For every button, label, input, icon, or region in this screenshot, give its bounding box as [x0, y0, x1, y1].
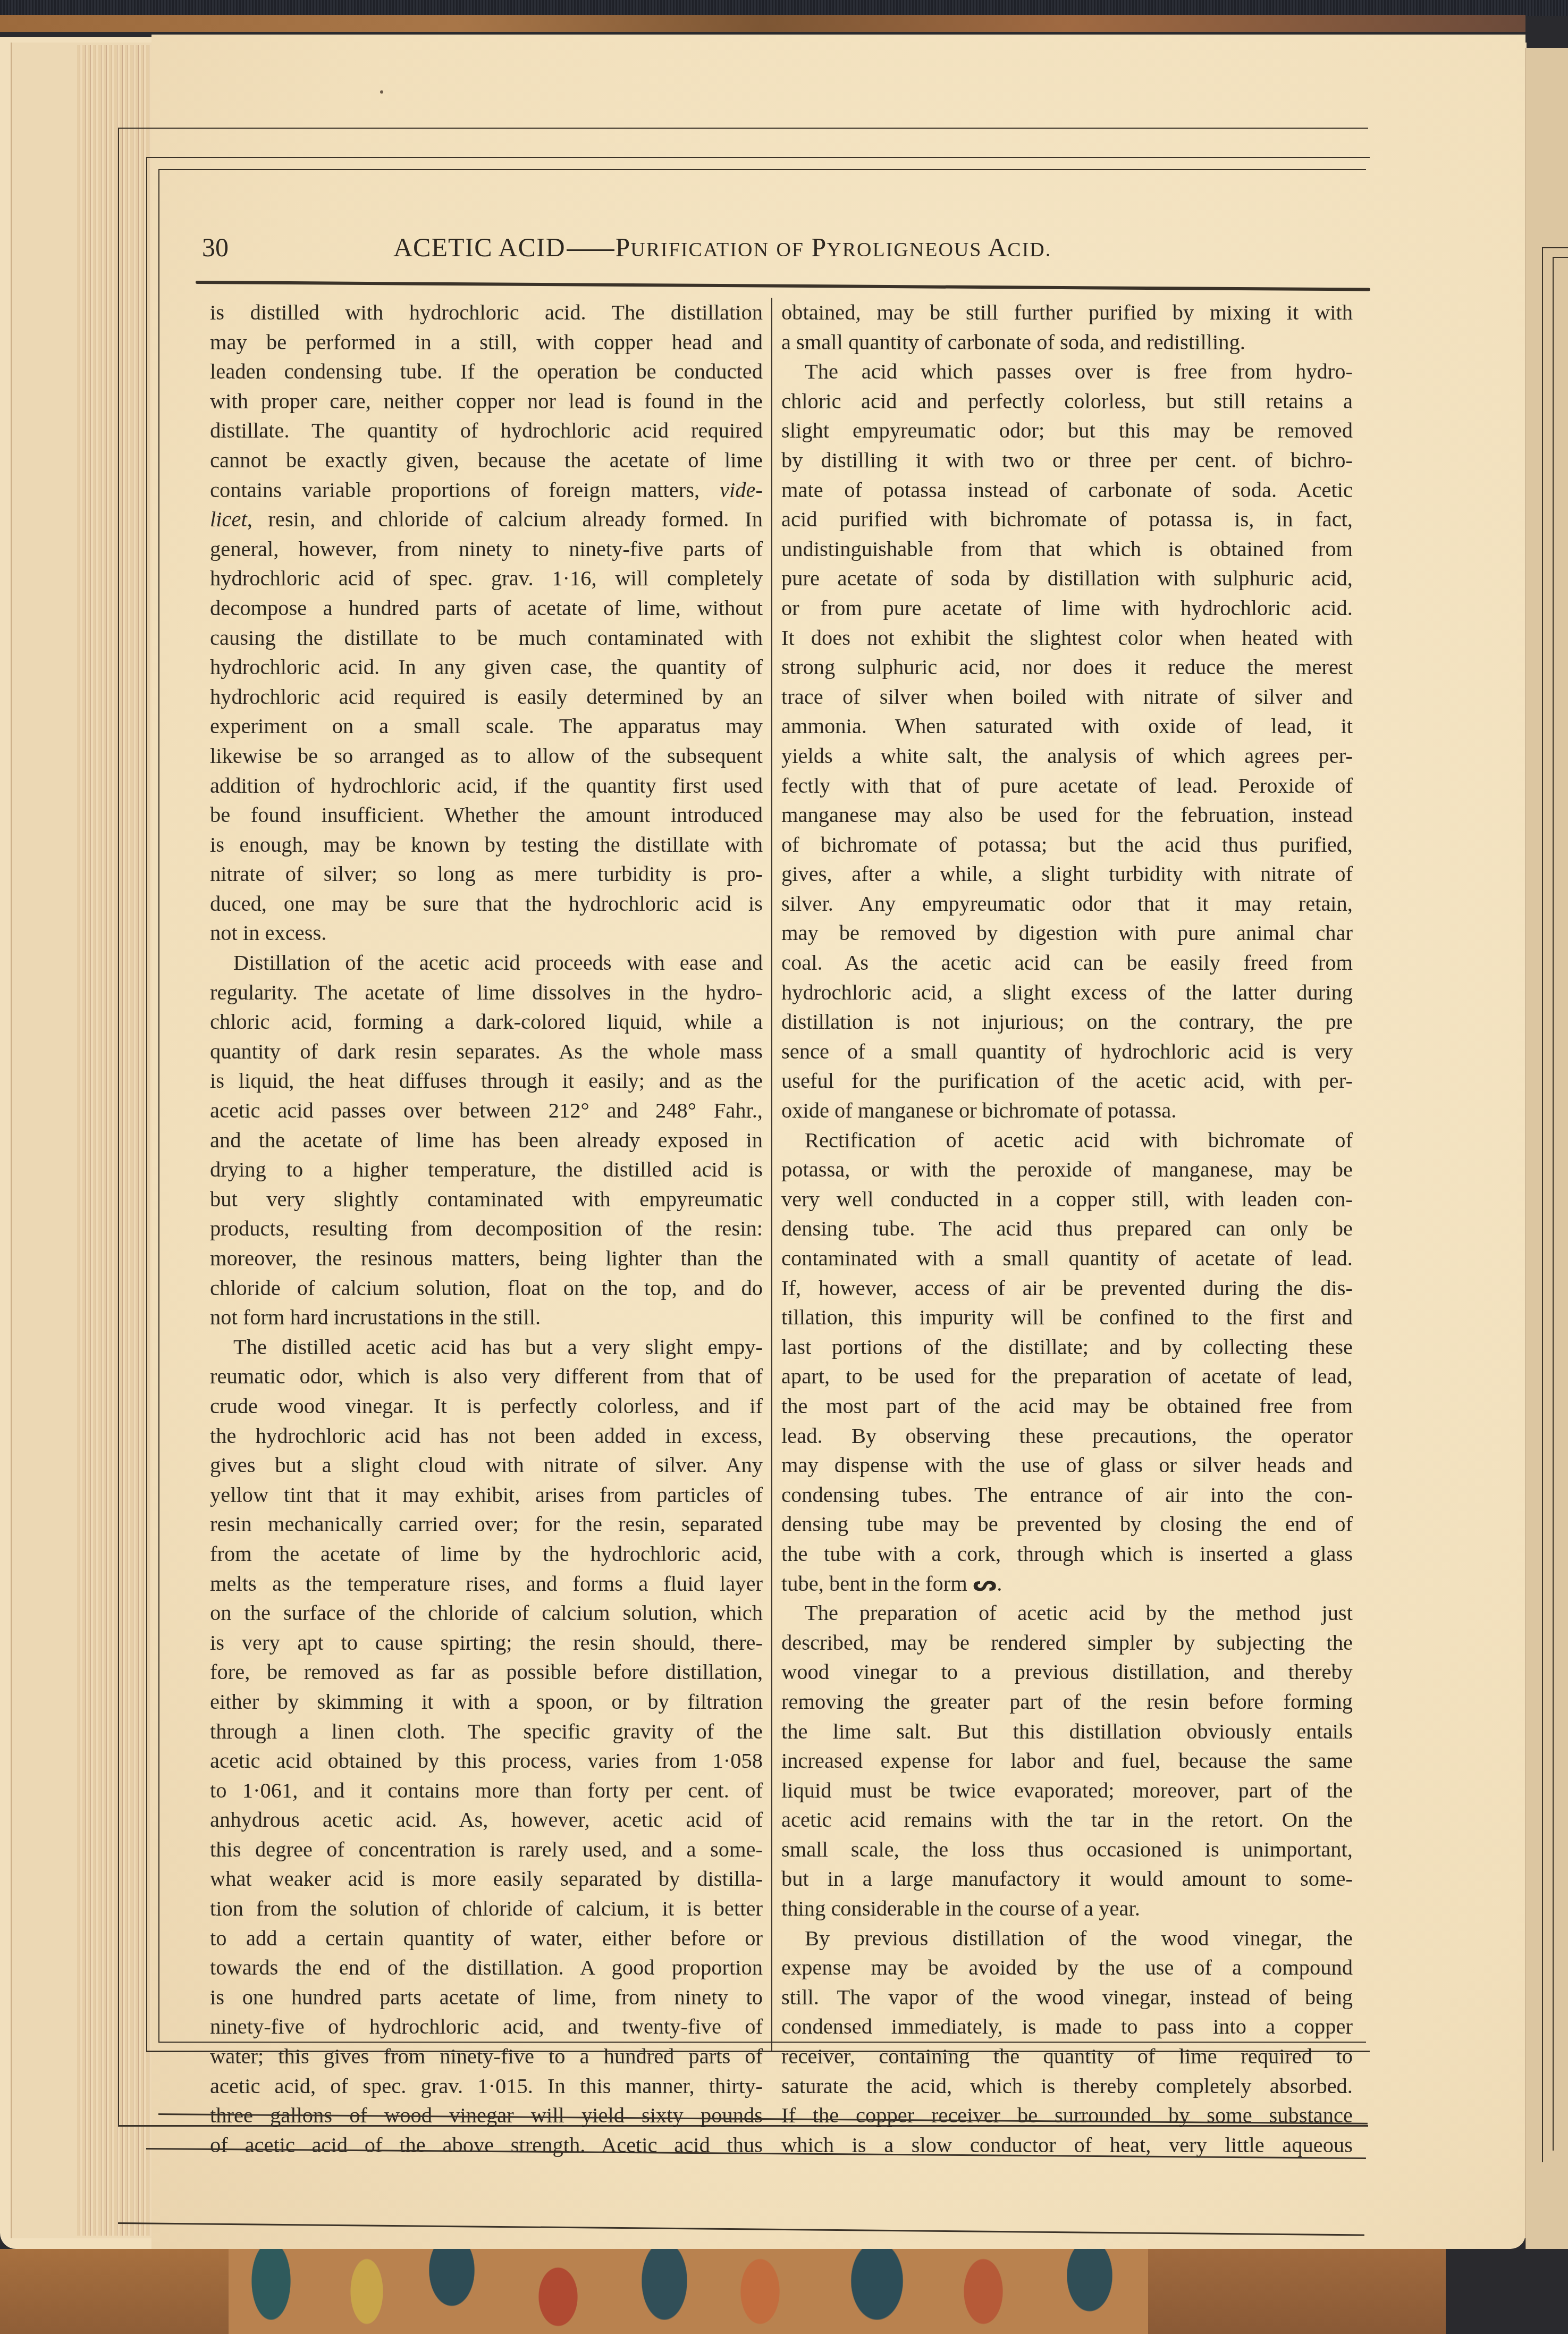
book-leather-edge-bottom-right [1148, 2249, 1446, 2334]
text-line: general, however, from ninety to ninety-… [210, 534, 763, 564]
text-line: coal. As the acetic acid can be easily f… [781, 948, 1353, 978]
text-line: but in a large manufactory it would amou… [781, 1864, 1353, 1894]
text-line: very well conducted in a copper still, w… [781, 1185, 1353, 1214]
text-line: gives but a slight cloud with nitrate of… [210, 1450, 763, 1480]
text-line: acetic acid remains with the tar in the … [781, 1805, 1353, 1835]
ink-speck [380, 90, 383, 94]
text-line: hydrochloric acid of spec. grav. 1·16, w… [210, 564, 763, 593]
text-line: is one hundred parts acetate of lime, fr… [210, 1983, 763, 2012]
text-line: fore, be removed as far as possible befo… [210, 1657, 763, 1687]
text-line: likewise be so arranged as to allow of t… [210, 741, 763, 771]
text-line: tion from the solution of chloride of ca… [210, 1894, 763, 1924]
text-line: densing tube may be prevented by closing… [781, 1509, 1353, 1539]
text-line: products, resulting from decomposition o… [210, 1214, 763, 1244]
title-sub-word-3: cid. [1007, 239, 1051, 261]
text-line: The distilled acetic acid has but a very… [210, 1332, 763, 1362]
text-line: ninety-five of hydrochloric acid, and tw… [210, 2012, 763, 2042]
text-line: apart, to be used for the preparation of… [781, 1362, 1353, 1391]
text-line: crude wood vinegar. It is perfectly colo… [210, 1391, 763, 1421]
text-line: small scale, the loss thus occasioned is… [781, 1835, 1353, 1865]
text-line: yields a white salt, the analysis of whi… [781, 741, 1353, 771]
book-leather-edge-bottom-left [0, 2249, 229, 2334]
text-line: hydrochloric acid. In any given case, th… [210, 652, 763, 682]
text-line: It does not exhibit the slightest color … [781, 623, 1353, 653]
text-line: to add a certain quantity of water, eith… [210, 1924, 763, 1953]
text-line: increased expense for labor and fuel, be… [781, 1746, 1353, 1776]
text-line: is distilled with hydrochloric acid. The… [210, 298, 763, 328]
text-line: cannot be exactly given, because the ace… [210, 446, 763, 475]
text-line: is enough, may be known by testing the d… [210, 830, 763, 860]
text-line: acetic acid, of spec. grav. 1·015. In th… [210, 2071, 763, 2101]
text-line: thing considerable in the course of a ye… [781, 1894, 1353, 1924]
title-sub-initial-3: A [988, 232, 1007, 262]
text-line: experiment on a small scale. The apparat… [210, 711, 763, 741]
text-line: with proper care, neither copper nor lea… [210, 387, 763, 416]
title-sub-of: of [776, 239, 804, 261]
text-line: chloric acid and perfectly colorless, bu… [781, 387, 1353, 416]
title-sub-word-2: yroligneous [827, 239, 982, 261]
text-line: expense may be avoided by the use of a c… [781, 1953, 1353, 1983]
running-title: ACETIC ACIDPurification of Pyroligneous … [393, 229, 1051, 268]
title-dash [567, 249, 614, 251]
text-line: strong sulphuric acid, nor does it reduc… [781, 652, 1353, 682]
text-line: licet, resin, and chloride of calcium al… [210, 505, 763, 534]
text-line: nitrate of silver; so long as mere turbi… [210, 859, 763, 889]
text-line: silver. Any empyreumatic odor that it ma… [781, 889, 1353, 919]
text-line: Distillation of the acetic acid proceeds… [210, 948, 763, 978]
text-line: quantity of dark resin separates. As the… [210, 1037, 763, 1067]
text-line: obtained, may be still further purified … [781, 298, 1353, 328]
text-line: the tube with a cork, through which is i… [781, 1539, 1353, 1569]
title-main: ACETIC ACID [393, 232, 566, 262]
text-line: anhydrous acetic acid. As, however, acet… [210, 1805, 763, 1835]
text-line: distillation is not injurious; on the co… [781, 1007, 1353, 1037]
text-line: saturate the acid, which is thereby comp… [781, 2071, 1353, 2101]
text-line: is very apt to cause spirting; the resin… [210, 1628, 763, 1658]
text-line: lead. By observing these precautions, th… [781, 1421, 1353, 1451]
text-line: fectly with that of pure acetate of lead… [781, 771, 1353, 801]
text-line: not in excess. [210, 918, 763, 948]
text-line: reumatic odor, which is also very differ… [210, 1362, 763, 1391]
text-line: liquid must be twice evaporated; moreove… [781, 1776, 1353, 1806]
text-line: distillate. The quantity of hydrochloric… [210, 416, 763, 446]
text-column-right: obtained, may be still further purified … [781, 298, 1353, 2160]
text-line: manganese may also be used for the febru… [781, 800, 1353, 830]
text-line: potassa, or with the peroxide of mangane… [781, 1155, 1353, 1185]
text-line: acetic acid passes over between 212° and… [210, 1096, 763, 1126]
title-sub-word-1: urification [630, 239, 769, 261]
text-line: addition of hydrochloric acid, if the qu… [210, 771, 763, 801]
text-line: the hydrochloric acid has not been added… [210, 1421, 763, 1451]
text-line: last portions of the distillate; and by … [781, 1332, 1353, 1362]
title-sub-initial-2: P [811, 232, 827, 262]
text-line: yellow tint that it may exhibit, arises … [210, 1480, 763, 1510]
text-line: described, may be rendered simpler by su… [781, 1628, 1353, 1658]
text-line: a small quantity of carbonate of soda, a… [781, 328, 1353, 357]
text-line: The preparation of acetic acid by the me… [781, 1598, 1353, 1628]
book-cloth-binding-top [0, 0, 1568, 16]
text-line: By previous distillation of the wood vin… [781, 1924, 1353, 1953]
text-line: the most part of the acid may be obtaine… [781, 1391, 1353, 1421]
text-line: Rectification of acetic acid with bichro… [781, 1126, 1353, 1155]
text-line: useful for the purification of the aceti… [781, 1066, 1353, 1096]
text-line: slight empyreumatic odor; but this may b… [781, 416, 1353, 446]
text-line: contaminated with a small quantity of ac… [781, 1244, 1353, 1273]
text-line: still. The vapor of the wood vinegar, in… [781, 1983, 1353, 2012]
text-line: causing the distillate to be much contam… [210, 623, 763, 653]
text-line: undistinguishable from that which is obt… [781, 534, 1353, 564]
text-line: is liquid, the heat diffuses through it … [210, 1066, 763, 1096]
column-divider [771, 298, 772, 2052]
text-line: chloride of calcium solution, float on t… [210, 1273, 763, 1303]
text-line: of acetic acid of the above strength. Ac… [210, 2130, 763, 2160]
page-number: 30 [202, 229, 229, 266]
text-line: condensing tubes. The entrance of air in… [781, 1480, 1353, 1510]
text-line: oxide of manganese or bichromate of pota… [781, 1096, 1353, 1126]
text-line: regularity. The acetate of lime dissolve… [210, 978, 763, 1008]
text-line: drying to a higher temperature, the dist… [210, 1155, 763, 1185]
text-line: not form hard incrustations in the still… [210, 1303, 763, 1332]
text-line: moreover, the resinous matters, being li… [210, 1244, 763, 1273]
running-header: 30 ACETIC ACIDPurification of Pyroligneo… [202, 229, 1361, 266]
text-line: this degree of concentration is rarely u… [210, 1835, 763, 1865]
text-line: acid purified with bichromate of potassa… [781, 505, 1353, 534]
next-page-frame-inner [1553, 257, 1568, 2151]
text-line: leaden condensing tube. If the operation… [210, 357, 763, 387]
text-line: chloric acid, forming a dark-colored liq… [210, 1007, 763, 1037]
text-line: removing the greater part of the resin b… [781, 1687, 1353, 1717]
text-line: by distilling it with two or three per c… [781, 446, 1353, 475]
text-line: on the surface of the chloride of calciu… [210, 1598, 763, 1628]
text-line: to 1·061, and it contains more than fort… [210, 1776, 763, 1806]
title-sub-initial: P [616, 232, 631, 262]
text-line: may dispense with the use of glass or si… [781, 1450, 1353, 1480]
text-line: If the copper receiver be surrounded by … [781, 2101, 1353, 2130]
text-line: condensed immediately, is made to pass i… [781, 2012, 1353, 2042]
text-line: may be performed in a still, with copper… [210, 328, 763, 357]
text-line: resin mechanically carried over; for the… [210, 1509, 763, 1539]
text-line: from the acetate of lime by the hydrochl… [210, 1539, 763, 1569]
text-line: melts as the temperature rises, and form… [210, 1569, 763, 1599]
text-line: towards the end of the distillation. A g… [210, 1953, 763, 1983]
text-line: contains variable proportions of foreign… [210, 475, 763, 505]
book-leather-edge-top [0, 15, 1525, 32]
text-line: gives, after a while, a slight turbidity… [781, 859, 1353, 889]
text-line: wood vinegar to a previous distillation,… [781, 1657, 1353, 1687]
text-line: pure acetate of soda by distillation wit… [781, 564, 1353, 593]
text-line: may be removed by digestion with pure an… [781, 918, 1353, 948]
text-line: densing tube. The acid thus prepared can… [781, 1214, 1353, 1244]
text-line: hydrochloric acid, a slight excess of th… [781, 978, 1353, 1008]
marbled-cover-bottom [229, 2249, 1148, 2334]
text-line: sence of a small quantity of hydrochlori… [781, 1037, 1353, 1067]
text-line: of bichromate of potassa; but the acid t… [781, 830, 1353, 860]
text-line: duced, one may be sure that the hydrochl… [210, 889, 763, 919]
next-page-edge [1525, 48, 1568, 2249]
text-line: water; this gives from ninety-five to a … [210, 2042, 763, 2071]
text-line: what weaker acid is more easily separate… [210, 1864, 763, 1894]
text-line: The acid which passes over is free from … [781, 357, 1353, 387]
s-shaped-tube-icon: ᔕ [973, 1572, 997, 1596]
text-line: the lime salt. But this distillation obv… [781, 1717, 1353, 1747]
text-line: through a linen cloth. The specific grav… [210, 1717, 763, 1747]
text-line: mate of potassa instead of carbonate of … [781, 475, 1353, 505]
text-line: either by skimming it with a spoon, or b… [210, 1687, 763, 1717]
text-line: receiver, containing the quantity of lim… [781, 2042, 1353, 2071]
text-line: but very slightly contaminated with empy… [210, 1185, 763, 1214]
text-line: If, however, access of air be prevented … [781, 1273, 1353, 1303]
text-line: be found insufficient. Whether the amoun… [210, 800, 763, 830]
text-line: decompose a hundred parts of acetate of … [210, 593, 763, 623]
text-line: acetic acid obtained by this process, va… [210, 1746, 763, 1776]
text-line: tillation, this impurity will be confine… [781, 1303, 1353, 1332]
text-column-left: is distilled with hydrochloric acid. The… [210, 298, 763, 2160]
text-line: and the acetate of lime has been already… [210, 1126, 763, 1155]
text-line: or from pure acetate of lime with hydroc… [781, 593, 1353, 623]
text-line: ammonia. When saturated with oxide of le… [781, 711, 1353, 741]
text-line: hydrochloric acid required is easily det… [210, 682, 763, 712]
text-line: tube, bent in the form ᔕ. [781, 1569, 1353, 1599]
text-line: trace of silver when boiled with nitrate… [781, 682, 1353, 712]
